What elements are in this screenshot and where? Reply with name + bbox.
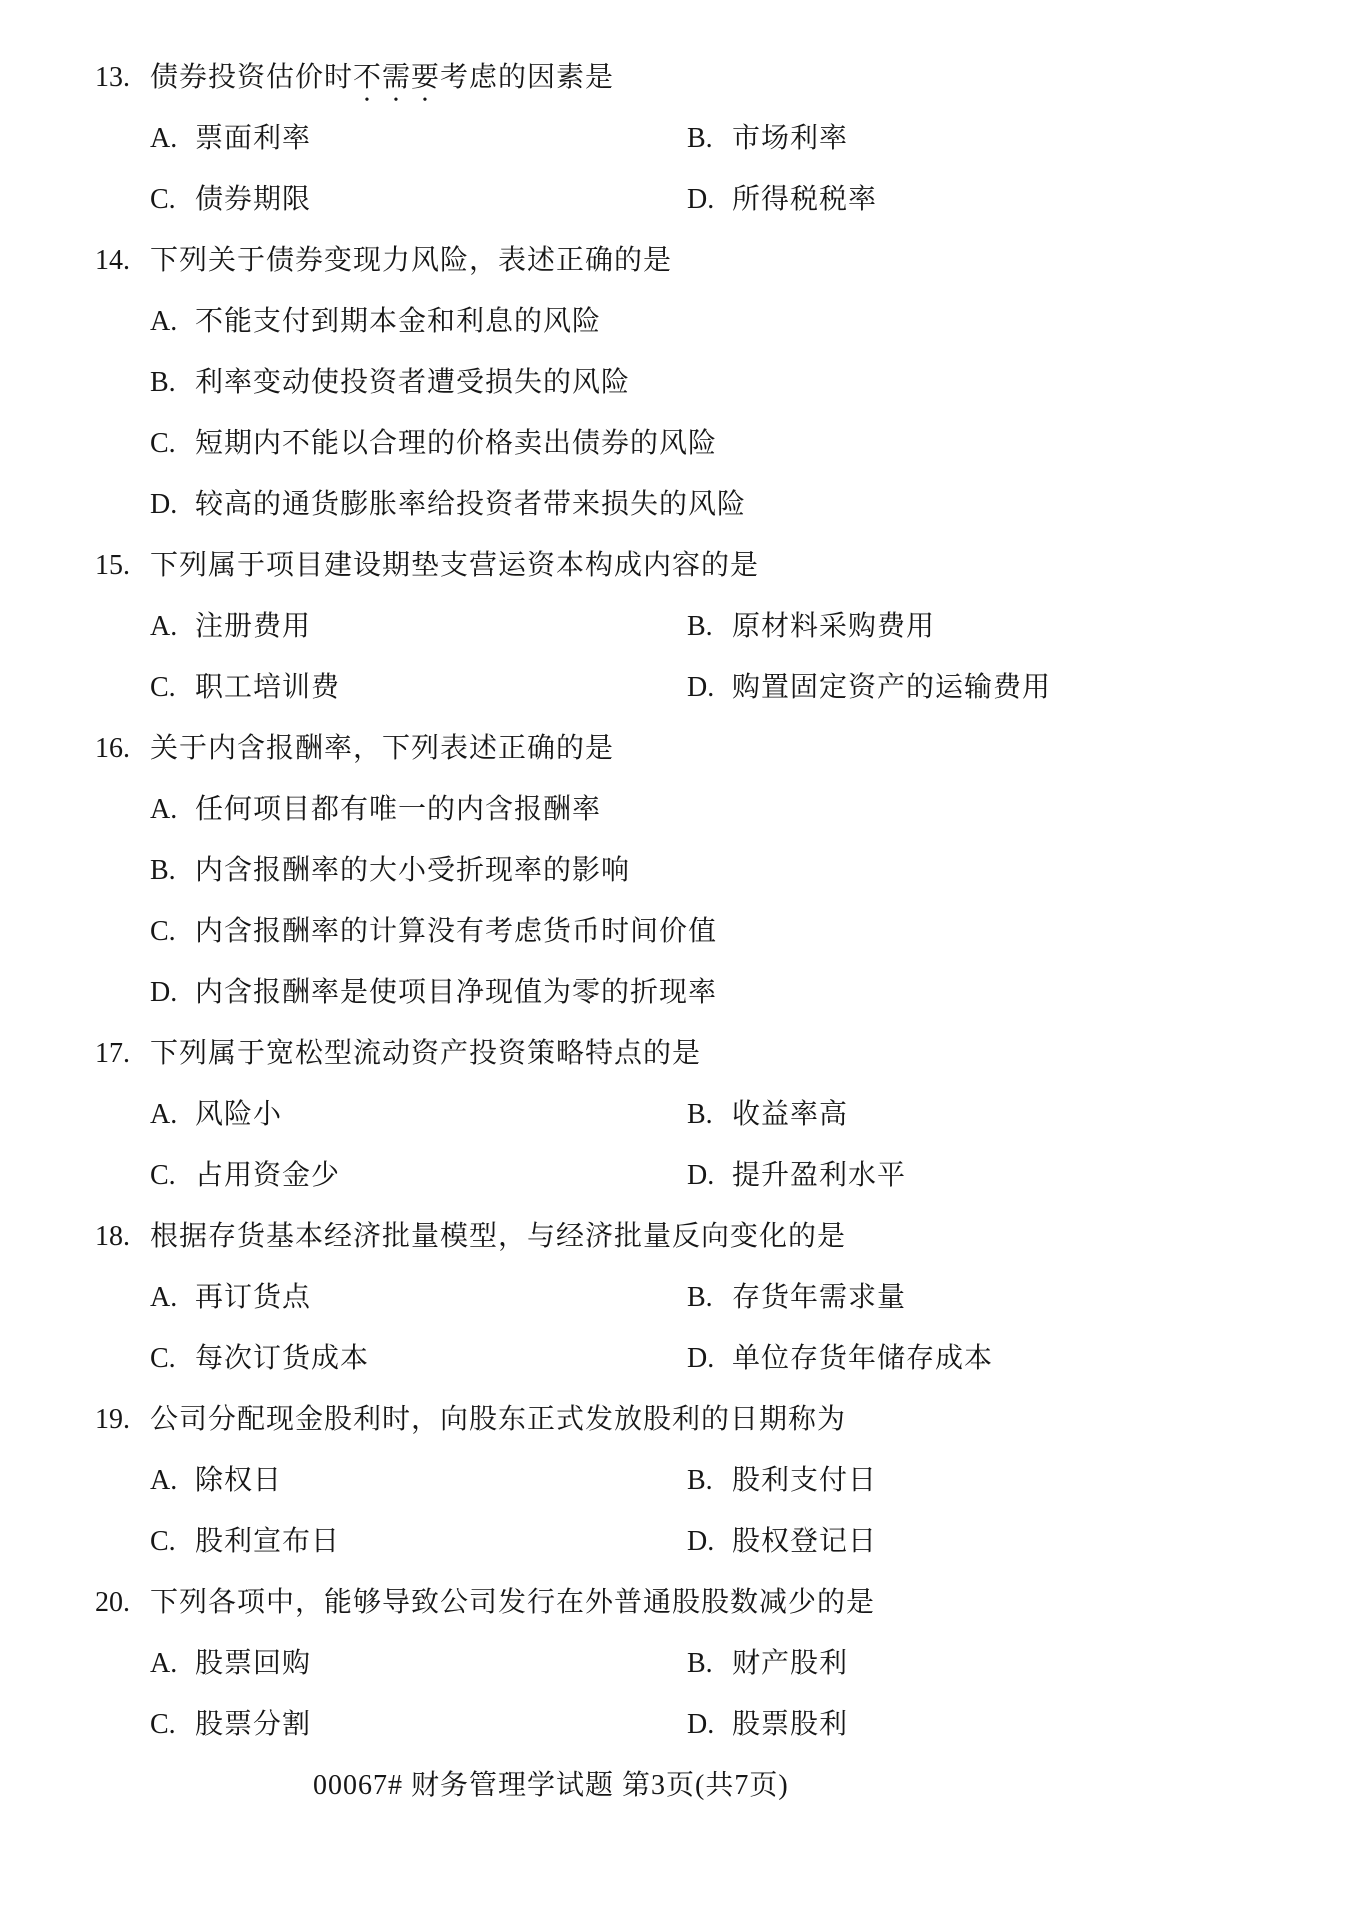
question-number: 20. — [95, 1587, 150, 1618]
option-label: C. — [150, 1160, 195, 1191]
option-text: 市场利率 — [732, 123, 848, 154]
option-label: A. — [150, 306, 195, 337]
option-text: 利率变动使投资者遭受损失的风险 — [195, 367, 630, 398]
option-label: C. — [150, 672, 195, 703]
option-label: A. — [150, 611, 195, 642]
question-line-15: 15.下列属于项目建设期垫支营运资本构成内容的是 — [0, 550, 1360, 581]
option-label: A. — [150, 1465, 195, 1496]
option-text: 股票分割 — [195, 1709, 311, 1740]
option-row: C.债券期限 D.所得税税率 — [0, 184, 1360, 215]
question-number: 14. — [95, 245, 150, 276]
option-cell: D.提升盈利水平 — [687, 1160, 906, 1191]
question-stem: 下列关于债券变现力风险，表述正确的是 — [150, 245, 672, 276]
option-cell: D.较高的通货膨胀率给投资者带来损失的风险 — [150, 489, 746, 520]
option-cell: D.股权登记日 — [687, 1526, 877, 1557]
question-stem: 下列属于宽松型流动资产投资策略特点的是 — [150, 1038, 701, 1069]
option-cell: B.内含报酬率的大小受折现率的影响 — [150, 855, 630, 886]
question-number: 13. — [95, 62, 150, 93]
exam-page: 13.债券投资估价时不需要考虑的因素是 A.票面利率 B.市场利率 C.债券期限… — [0, 0, 1360, 1924]
option-text: 再订货点 — [195, 1282, 311, 1313]
question-stem: 公司分配现金股利时，向股东正式发放股利的日期称为 — [150, 1404, 846, 1435]
option-label: B. — [687, 1648, 732, 1679]
option-label: C. — [150, 428, 195, 459]
option-row: C.每次订货成本 D.单位存货年储存成本 — [0, 1343, 1360, 1374]
option-text: 短期内不能以合理的价格卖出债券的风险 — [195, 428, 717, 459]
option-text: 存货年需求量 — [732, 1282, 906, 1313]
option-label: D. — [687, 672, 732, 703]
option-row: D.较高的通货膨胀率给投资者带来损失的风险 — [0, 489, 1360, 520]
option-label: D. — [150, 489, 195, 520]
option-label: B. — [687, 123, 732, 154]
page-footer: 00067# 财务管理学试题 第3页(共7页) — [313, 1770, 1360, 1801]
stem-text: 债券投资估价时 — [150, 62, 353, 93]
option-cell: A.除权日 — [150, 1465, 282, 1496]
option-label: A. — [150, 1099, 195, 1130]
option-cell: D.购置固定资产的运输费用 — [687, 672, 1051, 703]
question-stem: 下列各项中，能够导致公司发行在外普通股股数减少的是 — [150, 1587, 875, 1618]
option-text: 财产股利 — [732, 1648, 848, 1679]
question-line-20: 20.下列各项中，能够导致公司发行在外普通股股数减少的是 — [0, 1587, 1360, 1618]
option-row: A.不能支付到期本金和利息的风险 — [0, 306, 1360, 337]
option-row: A.注册费用 B.原材料采购费用 — [0, 611, 1360, 642]
option-cell: A.不能支付到期本金和利息的风险 — [150, 306, 601, 337]
option-text: 除权日 — [195, 1465, 282, 1496]
question-line-14: 14.下列关于债券变现力风险，表述正确的是 — [0, 245, 1360, 276]
option-label: D. — [150, 977, 195, 1008]
option-cell: B.利率变动使投资者遭受损失的风险 — [150, 367, 630, 398]
option-cell: C.职工培训费 — [150, 672, 340, 703]
question-stem: 根据存货基本经济批量模型，与经济批量反向变化的是 — [150, 1221, 846, 1252]
option-row: B.内含报酬率的大小受折现率的影响 — [0, 855, 1360, 886]
option-row: A.风险小 B.收益率高 — [0, 1099, 1360, 1130]
question-number: 18. — [95, 1221, 150, 1252]
option-cell: A.票面利率 — [150, 123, 311, 154]
option-label: C. — [150, 1343, 195, 1374]
option-text: 债券期限 — [195, 184, 311, 215]
option-row: A.股票回购 B.财产股利 — [0, 1648, 1360, 1679]
option-text: 购置固定资产的运输费用 — [732, 672, 1051, 703]
option-cell: B.原材料采购费用 — [687, 611, 935, 642]
option-cell: D.内含报酬率是使项目净现值为零的折现率 — [150, 977, 717, 1008]
question-stem: 关于内含报酬率，下列表述正确的是 — [150, 733, 614, 764]
option-text: 风险小 — [195, 1099, 282, 1130]
option-cell: B.存货年需求量 — [687, 1282, 906, 1313]
option-text: 较高的通货膨胀率给投资者带来损失的风险 — [195, 489, 746, 520]
option-label: C. — [150, 184, 195, 215]
option-text: 不能支付到期本金和利息的风险 — [195, 306, 601, 337]
question-number: 15. — [95, 550, 150, 581]
option-label: C. — [150, 916, 195, 947]
option-cell: C.内含报酬率的计算没有考虑货币时间价值 — [150, 916, 717, 947]
option-text: 占用资金少 — [195, 1160, 340, 1191]
option-row: C.职工培训费 D.购置固定资产的运输费用 — [0, 672, 1360, 703]
option-cell: C.短期内不能以合理的价格卖出债券的风险 — [150, 428, 717, 459]
option-row: A.除权日 B.股利支付日 — [0, 1465, 1360, 1496]
option-cell: B.财产股利 — [687, 1648, 848, 1679]
option-text: 内含报酬率是使项目净现值为零的折现率 — [195, 977, 717, 1008]
option-text: 内含报酬率的大小受折现率的影响 — [195, 855, 630, 886]
option-row: C.内含报酬率的计算没有考虑货币时间价值 — [0, 916, 1360, 947]
option-text: 票面利率 — [195, 123, 311, 154]
option-text: 内含报酬率的计算没有考虑货币时间价值 — [195, 916, 717, 947]
option-text: 原材料采购费用 — [732, 611, 935, 642]
option-text: 所得税税率 — [732, 184, 877, 215]
option-cell: C.债券期限 — [150, 184, 311, 215]
option-text: 股权登记日 — [732, 1526, 877, 1557]
option-row: A.任何项目都有唯一的内含报酬率 — [0, 794, 1360, 825]
option-label: D. — [687, 1343, 732, 1374]
option-cell: C.每次订货成本 — [150, 1343, 369, 1374]
option-label: B. — [150, 367, 195, 398]
option-text: 注册费用 — [195, 611, 311, 642]
option-text: 股利支付日 — [732, 1465, 877, 1496]
option-label: A. — [150, 1282, 195, 1313]
option-cell: D.所得税税率 — [687, 184, 877, 215]
option-cell: D.股票股利 — [687, 1709, 848, 1740]
option-cell: B.股利支付日 — [687, 1465, 877, 1496]
option-label: B. — [687, 1099, 732, 1130]
question-number: 17. — [95, 1038, 150, 1069]
stem-text: 考虑的因素是 — [440, 62, 614, 93]
option-label: B. — [687, 1282, 732, 1313]
question-number: 16. — [95, 733, 150, 764]
option-label: B. — [687, 611, 732, 642]
option-row: C.占用资金少 D.提升盈利水平 — [0, 1160, 1360, 1191]
option-text: 职工培训费 — [195, 672, 340, 703]
option-text: 股票回购 — [195, 1648, 311, 1679]
question-line-17: 17.下列属于宽松型流动资产投资策略特点的是 — [0, 1038, 1360, 1069]
question-line-19: 19.公司分配现金股利时，向股东正式发放股利的日期称为 — [0, 1404, 1360, 1435]
option-text: 单位存货年储存成本 — [732, 1343, 993, 1374]
option-text: 股票股利 — [732, 1709, 848, 1740]
option-text: 股利宣布日 — [195, 1526, 340, 1557]
option-label: A. — [150, 1648, 195, 1679]
option-row: A.票面利率 B.市场利率 — [0, 123, 1360, 154]
question-number: 19. — [95, 1404, 150, 1435]
option-row: C.股利宣布日 D.股权登记日 — [0, 1526, 1360, 1557]
option-cell: C.占用资金少 — [150, 1160, 340, 1191]
option-cell: C.股票分割 — [150, 1709, 311, 1740]
option-cell: A.任何项目都有唯一的内含报酬率 — [150, 794, 601, 825]
question-line-18: 18.根据存货基本经济批量模型，与经济批量反向变化的是 — [0, 1221, 1360, 1252]
option-text: 任何项目都有唯一的内含报酬率 — [195, 794, 601, 825]
question-stem: 债券投资估价时不需要考虑的因素是 — [150, 62, 614, 93]
question-line-13: 13.债券投资估价时不需要考虑的因素是 — [0, 62, 1360, 93]
option-cell: A.股票回购 — [150, 1648, 311, 1679]
option-cell: C.股利宣布日 — [150, 1526, 340, 1557]
option-cell: A.再订货点 — [150, 1282, 311, 1313]
option-label: C. — [150, 1709, 195, 1740]
option-row: C.短期内不能以合理的价格卖出债券的风险 — [0, 428, 1360, 459]
option-row: A.再订货点 B.存货年需求量 — [0, 1282, 1360, 1313]
stem-emphasized-text: 不需要 — [353, 62, 440, 93]
option-cell: A.注册费用 — [150, 611, 311, 642]
option-label: B. — [687, 1465, 732, 1496]
question-line-16: 16.关于内含报酬率，下列表述正确的是 — [0, 733, 1360, 764]
question-stem: 下列属于项目建设期垫支营运资本构成内容的是 — [150, 550, 759, 581]
option-label: A. — [150, 794, 195, 825]
option-row: C.股票分割 D.股票股利 — [0, 1709, 1360, 1740]
option-label: C. — [150, 1526, 195, 1557]
option-label: A. — [150, 123, 195, 154]
option-cell: B.市场利率 — [687, 123, 848, 154]
option-cell: A.风险小 — [150, 1099, 282, 1130]
option-row: D.内含报酬率是使项目净现值为零的折现率 — [0, 977, 1360, 1008]
option-label: D. — [687, 1160, 732, 1191]
option-text: 收益率高 — [732, 1099, 848, 1130]
option-cell: B.收益率高 — [687, 1099, 848, 1130]
option-row: B.利率变动使投资者遭受损失的风险 — [0, 367, 1360, 398]
option-label: D. — [687, 184, 732, 215]
option-text: 提升盈利水平 — [732, 1160, 906, 1191]
option-text: 每次订货成本 — [195, 1343, 369, 1374]
option-label: B. — [150, 855, 195, 886]
option-cell: D.单位存货年储存成本 — [687, 1343, 993, 1374]
option-label: D. — [687, 1526, 732, 1557]
option-label: D. — [687, 1709, 732, 1740]
